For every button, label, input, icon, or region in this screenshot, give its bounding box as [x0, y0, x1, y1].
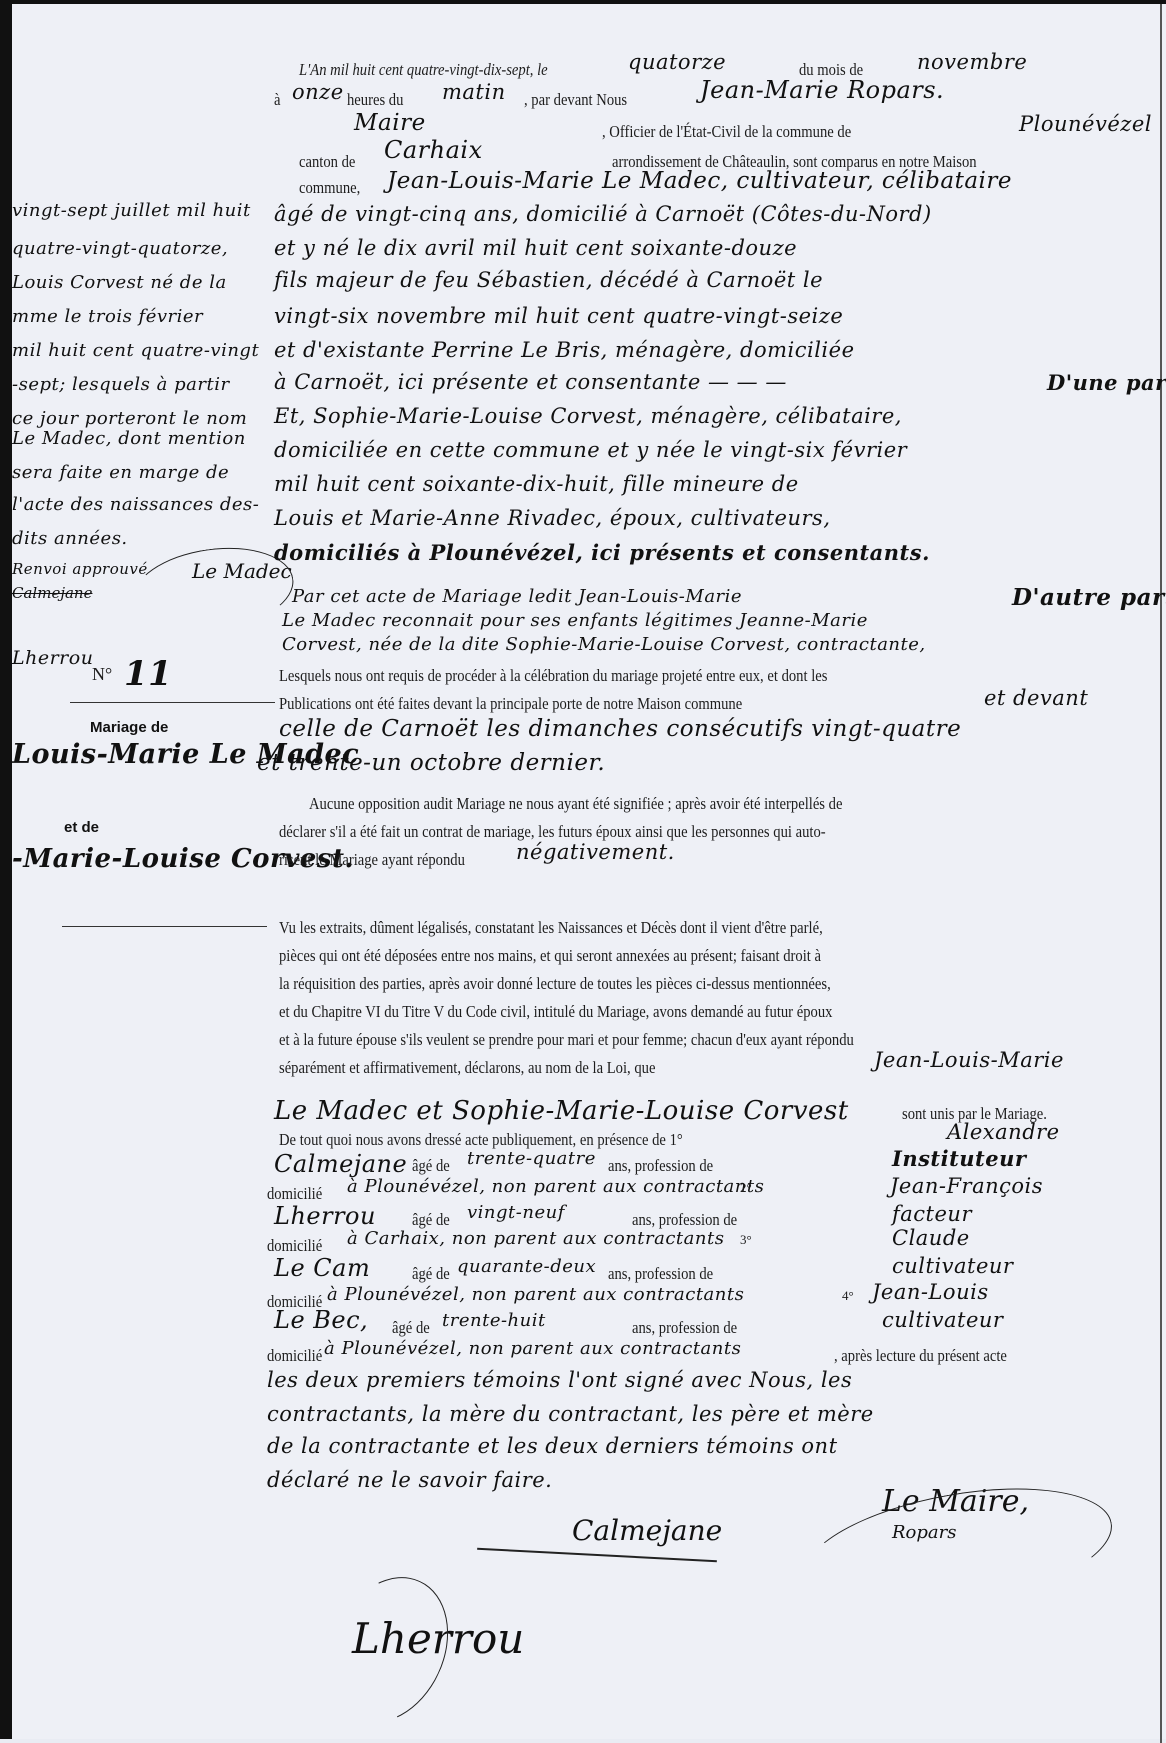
signature-underline — [477, 1548, 717, 1563]
handwritten-text: et trente-un octobre dernier. — [257, 750, 605, 776]
printed-text: , après lecture du présent acte — [834, 1346, 1007, 1366]
handwritten-officer-name: Jean-Marie Ropars. — [700, 76, 944, 104]
printed-text: âgé de — [412, 1264, 450, 1284]
insert-line: Le Madec reconnait pour ses enfants légi… — [282, 610, 868, 631]
witness-name: Le Cam — [274, 1254, 370, 1282]
witness-profession: cultivateur — [882, 1308, 1003, 1332]
handwritten-line: âgé de vingt-cinq ans, domicilié à Carno… — [274, 202, 932, 226]
margin-line: vingt-sept juillet mil huit — [12, 200, 251, 221]
printed-text: domicilié — [267, 1236, 322, 1256]
printed-text: domicilié — [267, 1184, 322, 1204]
printed-text: ans, profession de — [608, 1264, 713, 1284]
printed-text: séparément et affirmativement, déclarons… — [279, 1058, 655, 1078]
ordinal: 2° — [740, 1180, 752, 1196]
handwritten-text: Jean-Louis-Marie — [874, 1048, 1064, 1072]
handwritten-text: et devant — [984, 686, 1088, 710]
witness-first-name: Jean-François — [890, 1174, 1043, 1198]
printed-text: à — [274, 90, 280, 110]
margin-line: Renvoi approuvé — [12, 560, 148, 578]
margin-line: sera faite en marge de — [12, 462, 229, 483]
page-edge — [1160, 4, 1162, 1739]
printed-text: risent le Mariage ayant répondu — [279, 850, 465, 870]
margin-witness-note: Lherrou — [12, 647, 93, 669]
handwritten-commune: Plounévézel — [1019, 112, 1152, 136]
dune-part: D'une part; — [1047, 370, 1166, 395]
printed-text: , par devant Nous — [524, 90, 627, 110]
insert-line: Corvest, née de la dite Sophie-Marie-Lou… — [282, 634, 926, 655]
printed-text: et à la future épouse s'ils veulent se p… — [279, 1030, 854, 1050]
witness-first-name: Jean-Louis — [872, 1280, 989, 1304]
signature-witness-1: Calmejane — [572, 1514, 722, 1547]
number-label: N° — [92, 664, 112, 685]
handwritten-day: quatorze — [628, 50, 726, 74]
divider — [70, 702, 275, 703]
printed-text: canton de — [299, 152, 355, 172]
printed-text: ans, profession de — [632, 1318, 737, 1338]
printed-text: heures du — [347, 90, 403, 110]
witness-domicile: à Plounévézel, non parent aux contractan… — [327, 1284, 744, 1305]
handwritten-line: à Carnoët, ici présente et consentante —… — [274, 370, 787, 394]
witness-domicile: à Plounévézel, non parent aux contractan… — [324, 1338, 741, 1359]
printed-text: âgé de — [412, 1156, 450, 1176]
handwritten-text: celle de Carnoët les dimanches consécuti… — [279, 716, 961, 742]
margin-signature-2: Calmejane — [12, 584, 92, 602]
witness-domicile: à Plounévézel, non parent aux contractan… — [347, 1176, 764, 1197]
printed-text: Aucune opposition audit Mariage ne nous … — [309, 794, 842, 814]
witness-name: Le Bec, — [274, 1306, 368, 1334]
margin-line: dits années. — [12, 528, 128, 549]
handwritten-month: novembre — [917, 50, 1027, 74]
handwritten-line: domiciliée en cette commune et y née le … — [274, 438, 907, 462]
handwritten-title: Maire — [354, 110, 426, 136]
printed-text: déclarer s'il a été fait un contrat de m… — [279, 822, 826, 842]
printed-text: Publications ont été faites devant la pr… — [279, 694, 742, 714]
handwritten-canton: Carhaix — [384, 136, 483, 164]
handwritten-spouses: Le Madec et Sophie-Marie-Louise Corvest — [274, 1096, 849, 1126]
margin-line: Le Madec, dont mention — [12, 428, 246, 449]
handwritten-line: Louis et Marie-Anne Rivadec, époux, cult… — [274, 506, 831, 530]
witness-domicile: à Carhaix, non parent aux contractants — [347, 1228, 724, 1249]
witness-age: trente-huit — [442, 1310, 546, 1331]
printed-text: commune, — [299, 178, 360, 198]
witness-name: Calmejane — [274, 1150, 407, 1178]
printed-text: ans, profession de — [632, 1210, 737, 1230]
witness-age: trente-quatre — [467, 1148, 596, 1169]
handwritten-answer: négativement. — [516, 840, 675, 864]
handwritten-hour: onze — [292, 80, 344, 104]
witness-name: Lherrou — [274, 1202, 376, 1230]
printed-text: domicilié — [267, 1346, 322, 1366]
dautre-part: D'autre part; — [1012, 584, 1166, 611]
ordinal: 4° — [842, 1288, 854, 1304]
witness-age: quarante-deux — [457, 1256, 596, 1277]
signature-flourish — [305, 1557, 471, 1739]
witness-profession: facteur — [892, 1202, 972, 1226]
margin-line: Louis Corvest né de la — [12, 272, 227, 293]
ordinal: 3° — [740, 1232, 752, 1248]
marriage-record-page: vingt-sept juillet mil huit quatre-vingt… — [0, 0, 1166, 1739]
printed-text: âgé de — [392, 1318, 430, 1338]
handwritten-line: mil huit cent soixante-dix-huit, fille m… — [274, 472, 799, 496]
printed-text: et du Chapitre VI du Titre V du Code civ… — [279, 1002, 832, 1022]
closing-line: contractants, la mère du contractant, le… — [267, 1402, 874, 1426]
insert-line: Par cet acte de Mariage ledit Jean-Louis… — [292, 586, 742, 607]
printed-text: pièces qui ont été déposées entre nos ma… — [279, 946, 821, 966]
handwritten-line: domiciliés à Plounévézel, ici présents e… — [274, 540, 930, 565]
margin-line: mil huit cent quatre-vingt — [12, 340, 259, 361]
handwritten-period: matin — [442, 80, 506, 104]
witness-profession: cultivateur — [892, 1254, 1013, 1278]
closing-line: les deux premiers témoins l'ont signé av… — [267, 1368, 852, 1392]
handwritten-line: et y né le dix avril mil huit cent soixa… — [274, 236, 797, 260]
handwritten-line: fils majeur de feu Sébastien, décédé à C… — [274, 268, 823, 292]
margin-line: -sept; lesquels à partir — [12, 374, 230, 395]
printed-text: L'An mil huit cent quatre-vingt-dix-sept… — [299, 60, 548, 80]
number-value: 11 — [124, 654, 172, 694]
marriage-of-label: Mariage de — [90, 719, 168, 736]
printed-text: âgé de — [412, 1210, 450, 1230]
printed-text: la réquisition des parties, après avoir … — [279, 974, 831, 994]
witness-first-name: Claude — [892, 1226, 970, 1250]
printed-text: Vu les extraits, dûment légalisés, const… — [279, 918, 823, 938]
printed-text: , Officier de l'État-Civil de la commune… — [602, 122, 851, 142]
handwritten-line: vingt-six novembre mil huit cent quatre-… — [274, 304, 843, 328]
margin-line: l'acte des naissances des- — [12, 494, 259, 515]
handwritten-line: Et, Sophie-Marie-Louise Corvest, ménagèr… — [274, 404, 902, 428]
divider — [62, 926, 267, 927]
printed-text: Lesquels nous ont requis de procéder à l… — [279, 666, 827, 686]
and-of-label: et de — [64, 819, 99, 836]
handwritten-line: et d'existante Perrine Le Bris, ménagère… — [274, 338, 855, 362]
margin-line: quatre-vingt-quatorze, — [12, 238, 228, 259]
witness-first-name: Alexandre — [947, 1120, 1060, 1144]
closing-line: déclaré ne le savoir faire. — [267, 1468, 552, 1492]
margin-line: mme le trois février — [12, 306, 203, 327]
handwritten-groom: Jean-Louis-Marie Le Madec, cultivateur, … — [387, 168, 1012, 194]
witness-profession: Instituteur — [892, 1146, 1026, 1171]
closing-line: de la contractante et les deux derniers … — [267, 1434, 838, 1458]
margin-line: ce jour porteront le nom — [12, 408, 247, 429]
witness-age: vingt-neuf — [467, 1202, 565, 1223]
printed-text: ans, profession de — [608, 1156, 713, 1176]
signature-flourish — [795, 1468, 1122, 1632]
printed-text: De tout quoi nous avons dressé acte publ… — [279, 1130, 683, 1150]
